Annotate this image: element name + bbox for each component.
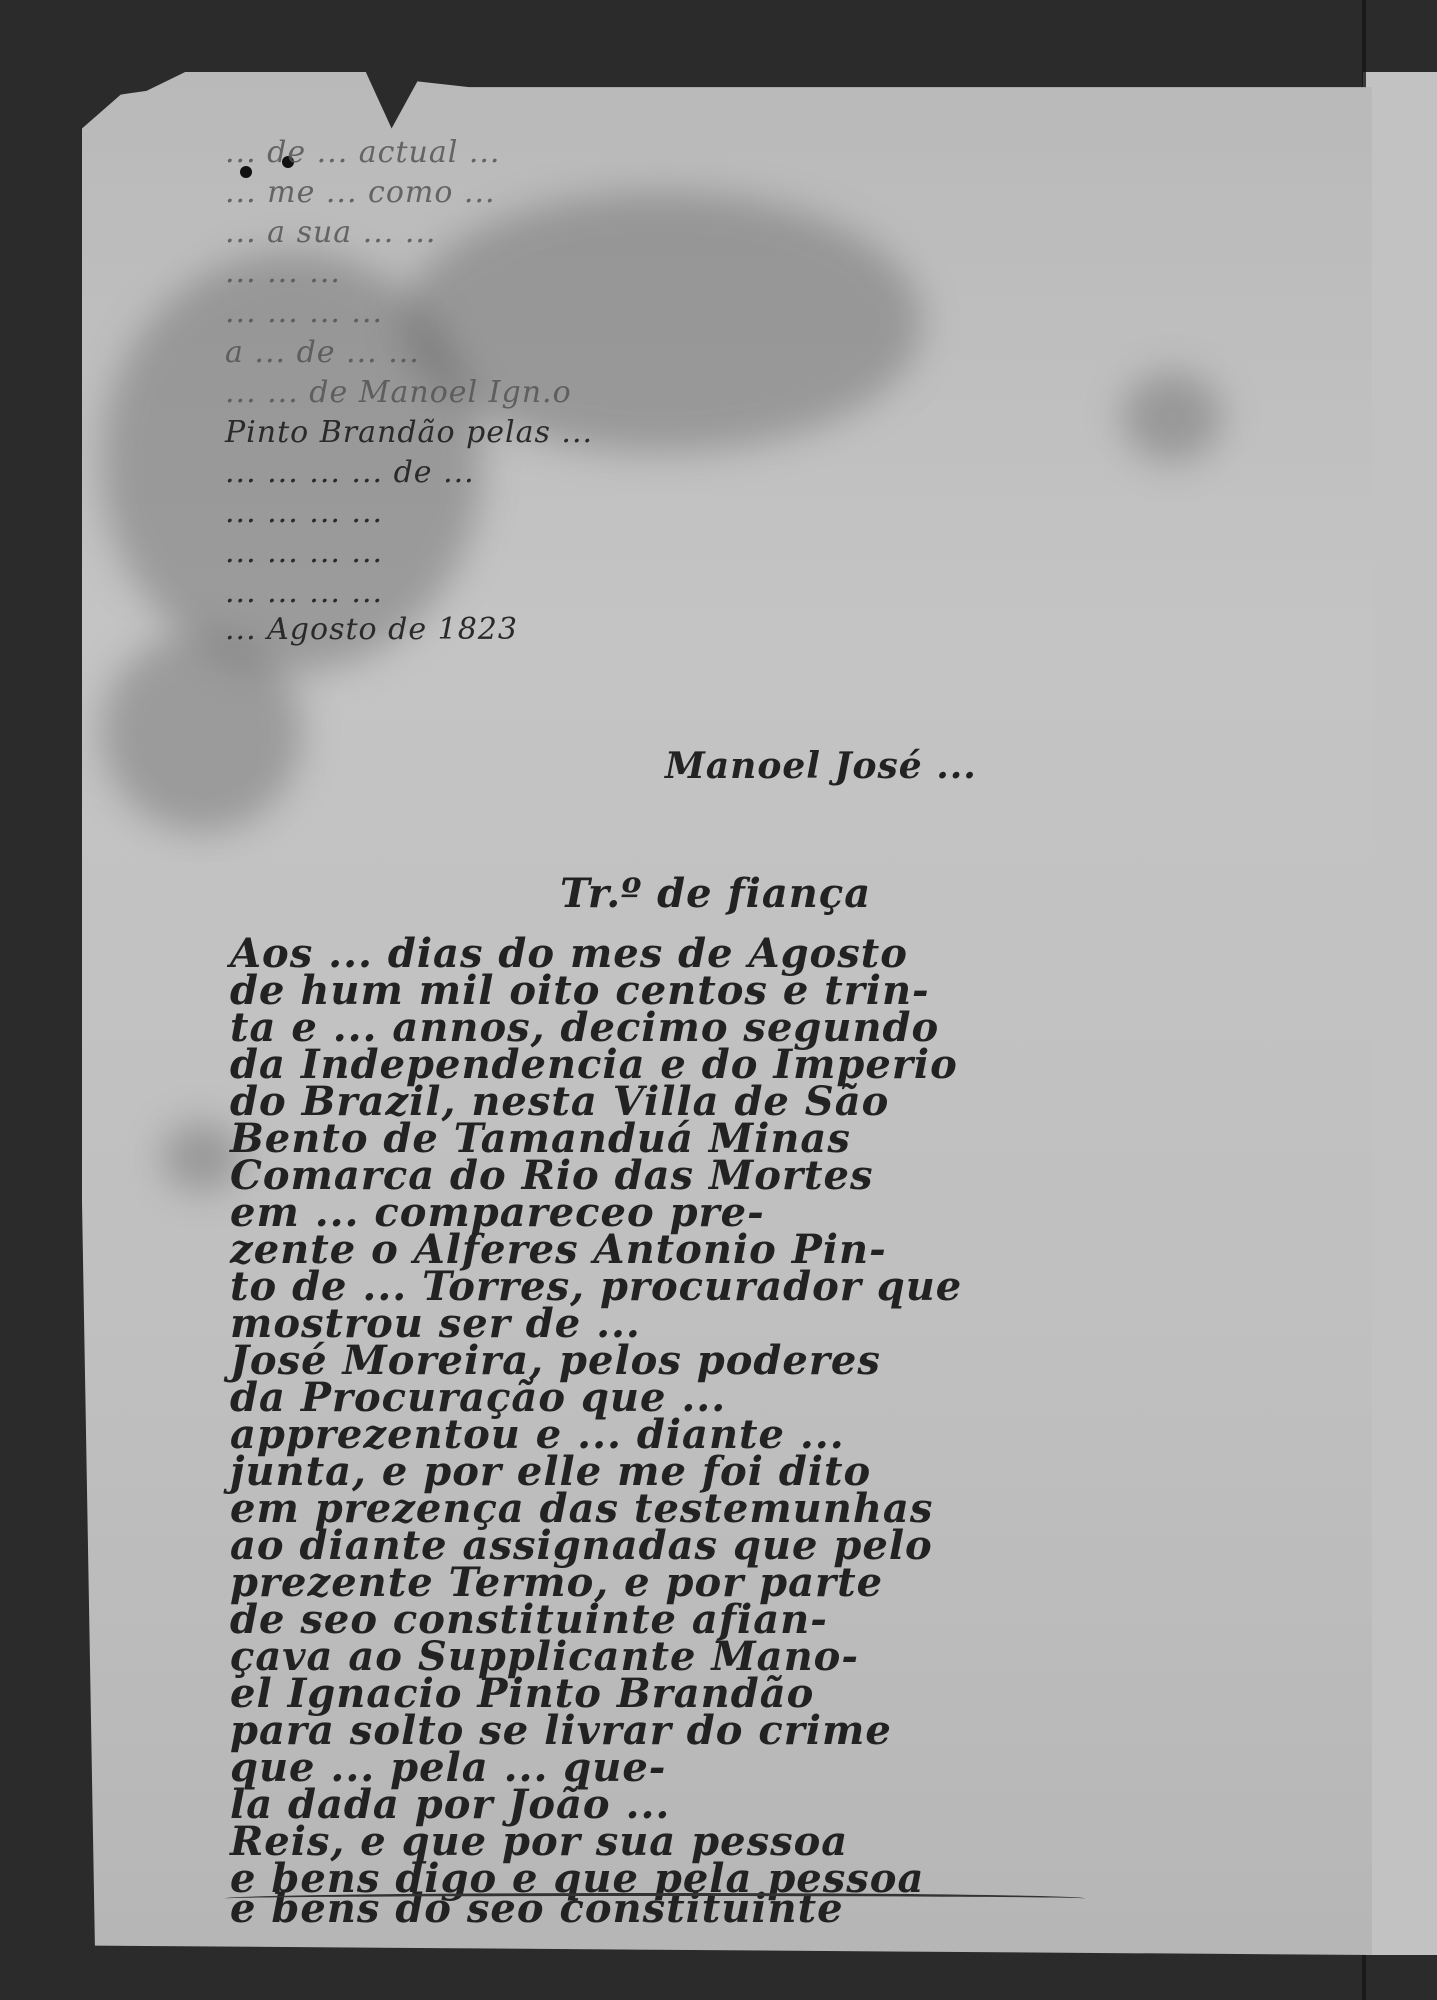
facing-page-edge bbox=[1363, 72, 1437, 1955]
note-line: ... ... ... ... bbox=[225, 495, 383, 530]
water-stain bbox=[402, 192, 922, 452]
note-line: ... ... de Manoel Ign.o bbox=[225, 375, 572, 410]
note-line: ... a sua ... ... bbox=[225, 215, 436, 250]
note-line: Pinto Brandão pelas ... bbox=[225, 415, 593, 450]
section-title: Tr.º de fiança bbox=[560, 870, 871, 917]
note-line: ... de ... actual ... bbox=[225, 135, 500, 170]
note-line: ... ... ... ... de ... bbox=[225, 455, 475, 490]
note-line: ... ... ... ... bbox=[225, 535, 383, 570]
note-date-line: ... Agosto de 1823 bbox=[225, 612, 518, 647]
signature: Manoel José ... bbox=[665, 745, 977, 787]
note-line: a ... de ... ... bbox=[225, 335, 420, 370]
water-stain bbox=[1122, 372, 1222, 462]
note-line: ... ... ... ... bbox=[225, 575, 383, 610]
body-line: e bens do seo constituinte bbox=[230, 1885, 844, 1932]
note-line: ... me ... como ... bbox=[225, 175, 496, 210]
water-stain bbox=[102, 632, 302, 832]
note-line: ... ... ... ... bbox=[225, 295, 383, 330]
closing-flourish bbox=[225, 1893, 1085, 1904]
note-line: ... ... ... bbox=[225, 255, 341, 290]
